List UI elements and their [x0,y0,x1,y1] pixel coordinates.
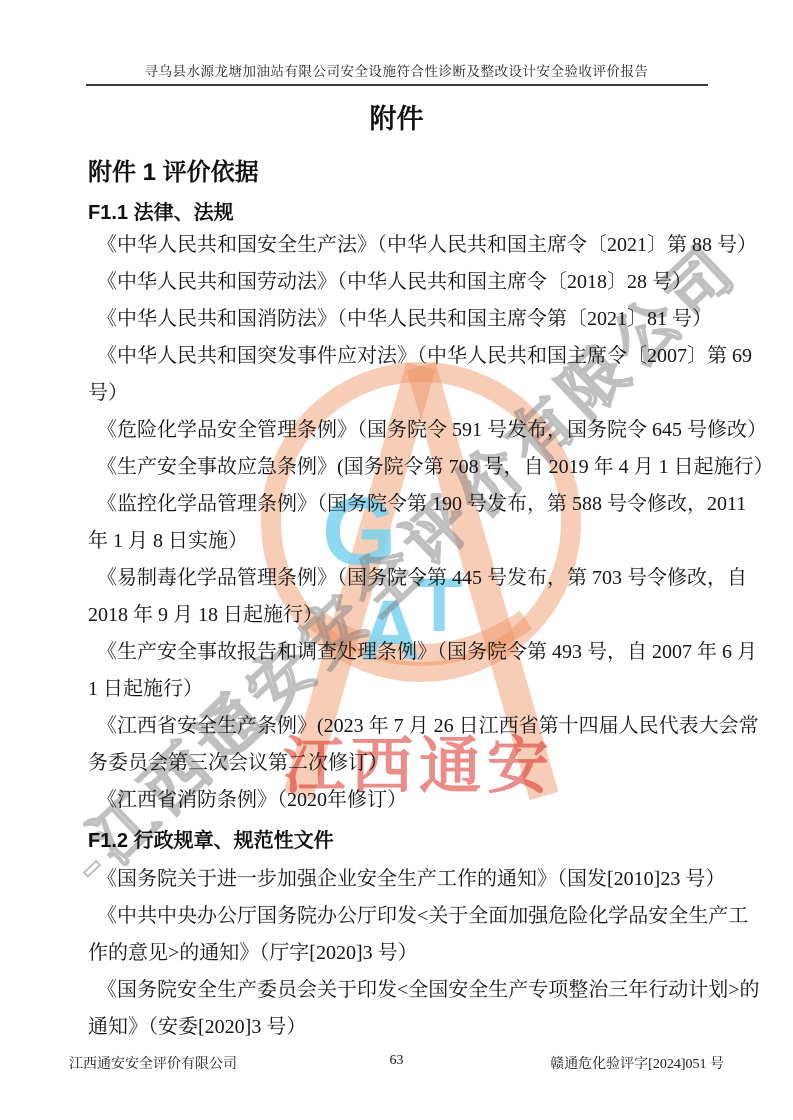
text-line: 号） [88,375,710,412]
text-line: 《中共中央办公厅国务院办公厅印发<关于全面加强危险化学品安全生产工 [88,898,710,935]
text-line: 作的意见>的通知》（厅字[2020]3 号） [88,935,710,972]
text-line: 《江西省安全生产条例》(2023 年 7 月 26 日江西省第十四届人民代表大会… [88,708,710,745]
subsection-heading: F1.2 行政规章、规范性文件 [88,828,710,855]
text-line: 《中华人民共和国劳动法》（中华人民共和国主席令〔2018〕28 号） [88,264,710,301]
text-line: 年 1 月 8 日实施） [88,523,710,560]
text-line: 《危险化学品安全管理条例》（国务院令 591 号发布，国务院令 645 号修改） [88,412,710,449]
text-line: 《江西省消防条例》（2020年修订） [88,782,710,819]
text-line: 《易制毒化学品管理条例》（国务院令第 445 号发布，第 703 号令修改，自 [88,560,710,597]
report-page: G T A -江西通安安全评价有限公司 江西通安 寻乌县水源龙塘加油站有限公司安… [0,0,793,1120]
text-line: 2018 年 9 月 18 日起施行） [88,597,710,634]
page-header: 寻乌县水源龙塘加油站有限公司安全设施符合性诊断及整改设计安全验收评价报告 [0,60,793,80]
text-line: 《国务院安全生产委员会关于印发<全国安全生产专项整治三年行动计划>的 [88,972,710,1009]
section-heading: 附件 1 评价依据 [88,158,710,188]
text-line: 通知》（安委[2020]3 号） [88,1009,710,1046]
text-line: 《中华人民共和国消防法》（中华人民共和国主席令第〔2021〕81 号） [88,301,710,338]
page-footer: 江西通安安全评价有限公司 63 赣通危化验评字[2024]051 号 [69,1053,724,1073]
text-line: 《生产安全事故报告和调查处理条例》（国务院令第 493 号，自 2007 年 6… [88,634,710,671]
text-line: 《中华人民共和国安全生产法》（中华人民共和国主席令〔2021〕第 88 号） [88,227,710,264]
text-line: 《监控化学品管理条例》（国务院令第 190 号发布，第 588 号令修改，201… [88,486,710,523]
subsection-heading: F1.1 法律、法规 [88,200,710,227]
text-line: 《中华人民共和国突发事件应对法》（中华人民共和国主席令〔2007〕第 69 [88,338,710,375]
document-content: 寻乌县水源龙塘加油站有限公司安全设施符合性诊断及整改设计安全验收评价报告 附件 … [0,0,793,1120]
text-line: 务委员会第三次会议第二次修订） [88,745,710,782]
body-text-block: 附件 1 评价依据F1.1 法律、法规《中华人民共和国安全生产法》（中华人民共和… [88,158,710,1046]
text-line: 1 日起施行） [88,671,710,708]
page-title: 附件 [0,97,793,136]
header-rule [86,84,708,86]
footer-doc-number: 赣通危化验评字[2024]051 号 [550,1053,724,1073]
text-line: 《国务院关于进一步加强企业安全生产工作的通知》（国发[2010]23 号） [88,861,710,898]
text-line: 《生产安全事故应急条例》(国务院令第 708 号，自 2019 年 4 月 1 … [88,449,710,486]
